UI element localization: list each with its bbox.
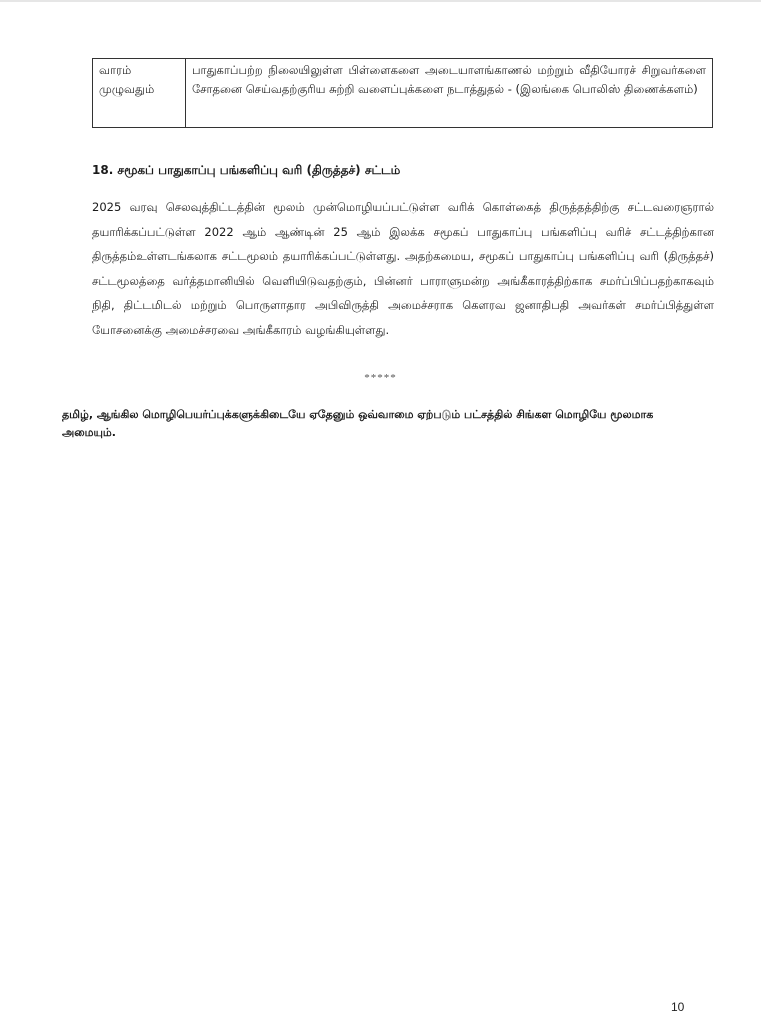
schedule-table: வாரம் முழுவதும் பாதுகாப்பற்ற நிலையிலுள்ள…	[92, 58, 713, 128]
section-heading: 18. சமூகப் பாதுகாப்பு பங்களிப்பு வரி (தி…	[92, 163, 400, 179]
page-number: 10	[671, 1000, 684, 1014]
activity-cell: பாதுகாப்பற்ற நிலையிலுள்ள பிள்ளைகளை அடையா…	[186, 59, 713, 128]
top-border	[0, 0, 761, 2]
section-body: 2025 வரவு செலவுத்திட்டத்தின் மூலம் முன்ம…	[92, 195, 714, 342]
table-row: வாரம் முழுவதும் பாதுகாப்பற்ற நிலையிலுள்ள…	[93, 59, 713, 128]
period-cell: வாரம் முழுவதும்	[93, 59, 186, 128]
paragraph: 2025 வரவு செலவுத்திட்டத்தின் மூலம் முன்ம…	[92, 195, 714, 342]
separator: *****	[0, 372, 761, 384]
translation-note: தமிழ், ஆங்கில மொழிபெயர்ப்புக்களுக்கிடையே…	[62, 406, 682, 442]
